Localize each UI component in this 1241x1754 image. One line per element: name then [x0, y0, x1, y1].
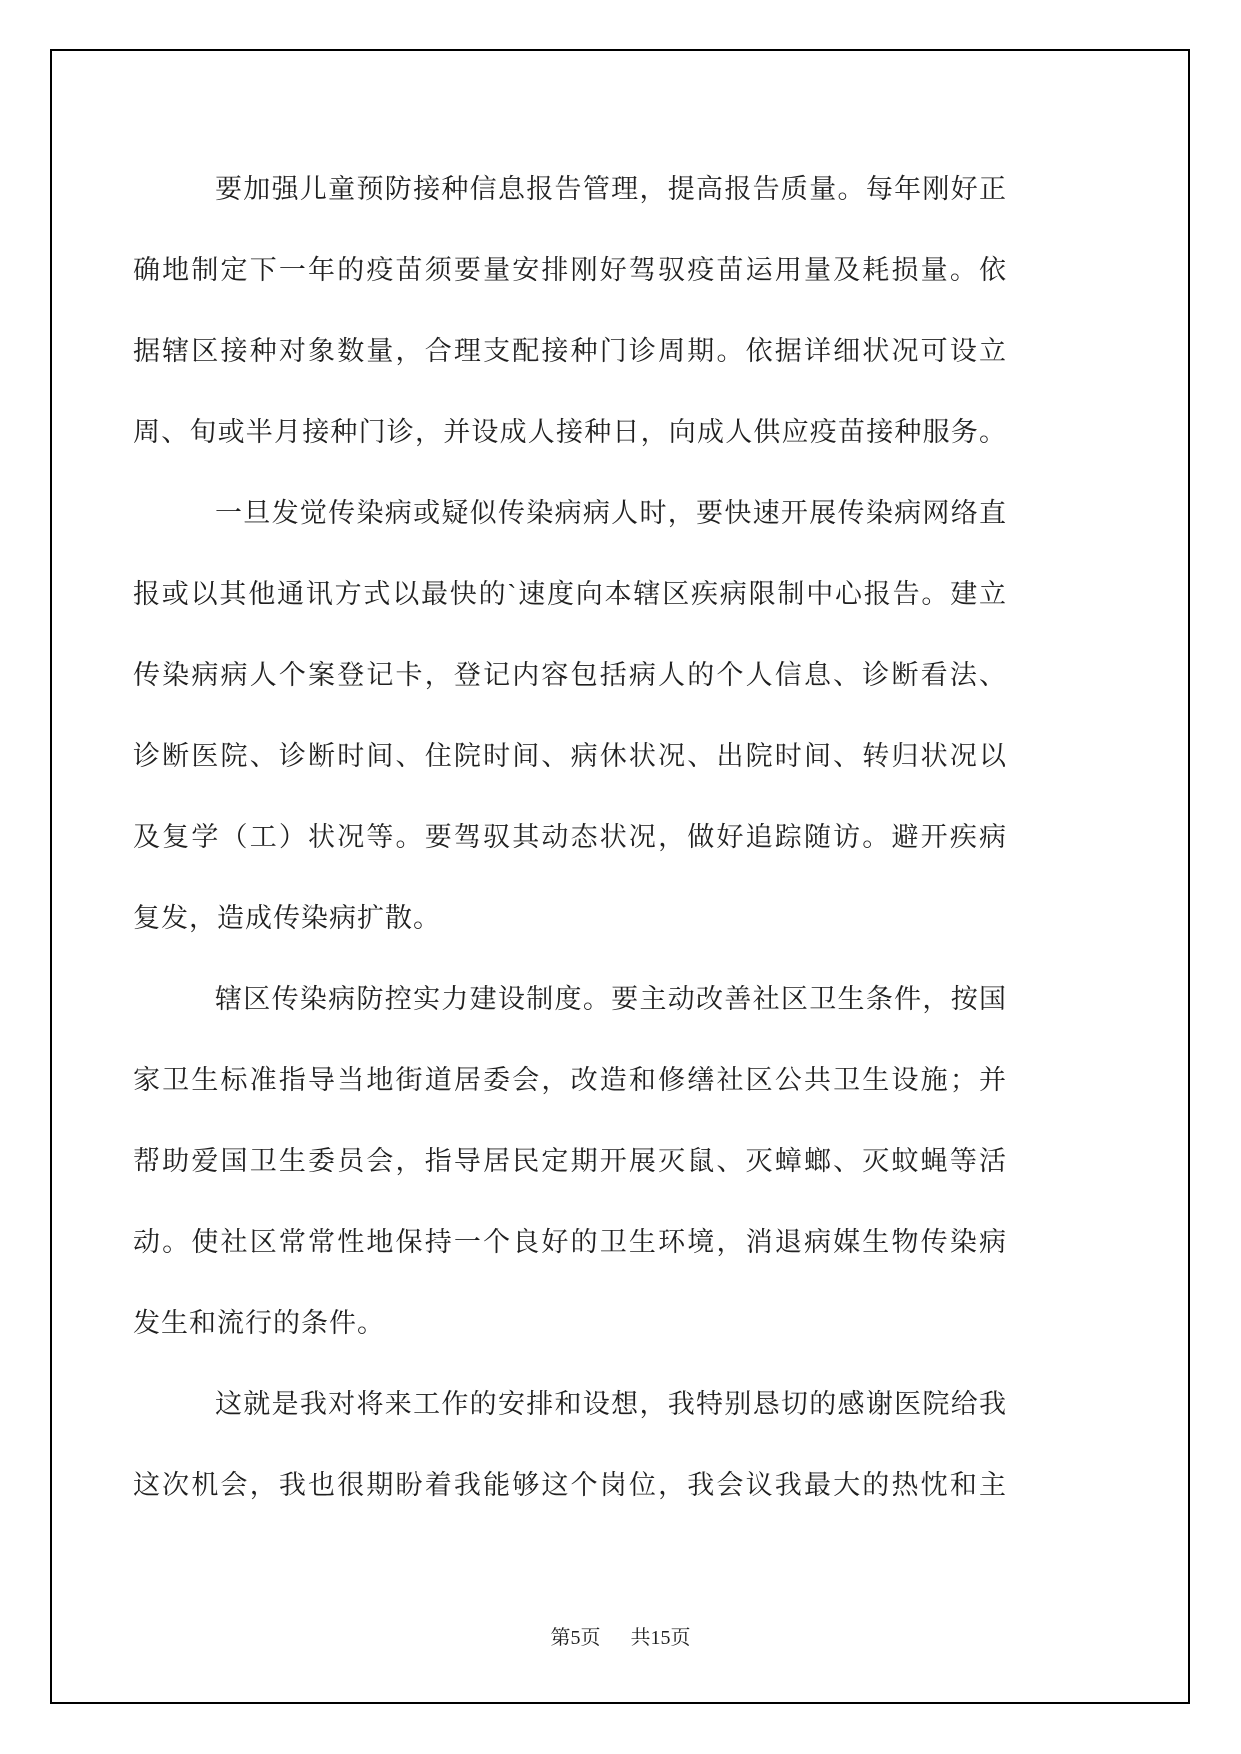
text-line: 传染病病人个案登记卡，登记内容包括病人的个人信息、诊断看法、 [133, 635, 1007, 716]
text-line: 报或以其他通讯方式以最快的`速度向本辖区疾病限制中心报告。建立 [133, 554, 1007, 635]
page-footer: 第5页 共15页 [0, 1621, 1241, 1650]
text-line: 据辖区接种对象数量，合理支配接种门诊周期。依据详细状况可设立 [133, 311, 1007, 392]
text-line: 家卫生标准指导当地街道居委会，改造和修缮社区公共卫生设施；并 [133, 1040, 1007, 1121]
text-line: 要加强儿童预防接种信息报告管理，提高报告质量。每年刚好正 [133, 149, 1007, 230]
text-line: 这就是我对将来工作的安排和设想，我特别恳切的感谢医院给我 [133, 1364, 1007, 1445]
text-line: 辖区传染病防控实力建设制度。要主动改善社区卫生条件，按国 [133, 959, 1007, 1040]
text-line: 一旦发觉传染病或疑似传染病病人时，要快速开展传染病网络直 [133, 473, 1007, 554]
document-page: 要加强儿童预防接种信息报告管理，提高报告质量。每年刚好正 确地制定下一年的疫苗须… [0, 0, 1241, 1754]
text-line: 动。使社区常常性地保持一个良好的卫生环境，消退病媒生物传染病 [133, 1202, 1007, 1283]
text-line: 帮助爱国卫生委员会，指导居民定期开展灭鼠、灭蟑螂、灭蚊蝇等活 [133, 1121, 1007, 1202]
text-line: 周、旬或半月接种门诊，并设成人接种日，向成人供应疫苗接种服务。 [133, 392, 1007, 473]
document-body: 要加强儿童预防接种信息报告管理，提高报告质量。每年刚好正 确地制定下一年的疫苗须… [133, 149, 1007, 1526]
text-line: 复发，造成传染病扩散。 [133, 878, 1007, 959]
text-line: 诊断医院、诊断时间、住院时间、病休状况、出院时间、转归状况以 [133, 716, 1007, 797]
text-line: 这次机会，我也很期盼着我能够这个岗位，我会议我最大的热忱和主 [133, 1445, 1007, 1526]
page-number: 第5页 [551, 1621, 601, 1650]
page-total: 共15页 [631, 1621, 691, 1650]
text-line: 及复学（工）状况等。要驾驭其动态状况，做好追踪随访。避开疾病 [133, 797, 1007, 878]
text-line: 发生和流行的条件。 [133, 1283, 1007, 1364]
text-line: 确地制定下一年的疫苗须要量安排刚好驾驭疫苗运用量及耗损量。依 [133, 230, 1007, 311]
